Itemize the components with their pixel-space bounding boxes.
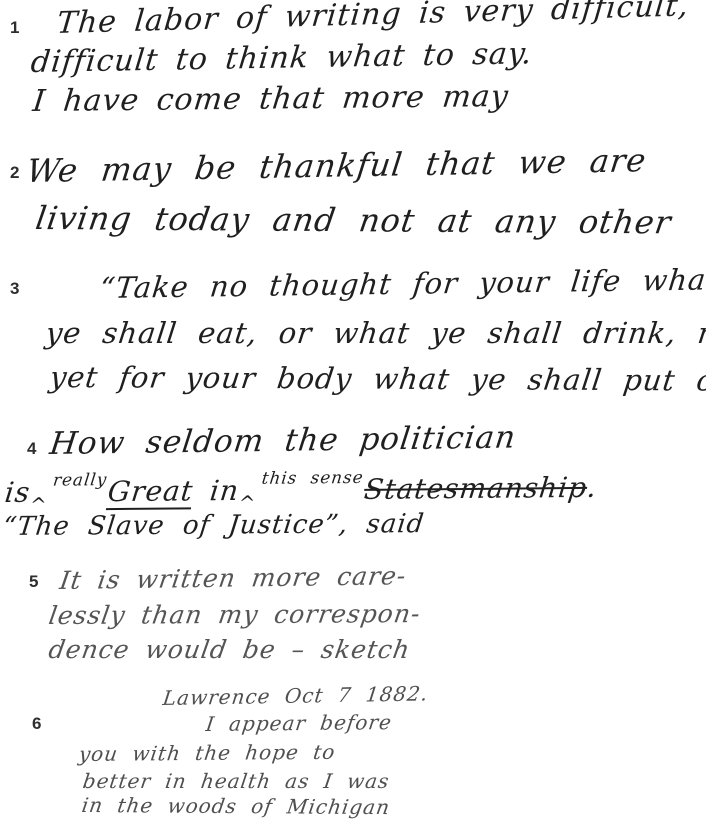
- handwritten-line: yet for your body what ye shall put on;: [48, 360, 706, 398]
- handwritten-date-line: Lawrence Oct 7 1882.: [162, 681, 430, 710]
- handwritten-line: “The Slave of Justice”, said: [1, 509, 426, 542]
- inserted-phrase-this-sense: this sense: [261, 467, 365, 488]
- handwritten-line: I have come that more may: [31, 79, 511, 119]
- handwritten-line: dence would be – sketch: [47, 635, 413, 664]
- sample-6-number: 6: [32, 714, 41, 734]
- struck-word-statesmanship: Statesmanship: [362, 471, 589, 506]
- handwritten-line: We may be thankful that we are: [25, 141, 649, 190]
- handwritten-line: in the woods of Michigan: [80, 793, 392, 819]
- word-is: is: [3, 476, 32, 509]
- handwritten-line: “Take no thought for your life what: [98, 262, 706, 305]
- handwritten-line-with-edits: is^reallyGreat in^this senseStatesmanshi…: [3, 471, 599, 509]
- handwritten-line: better in health as I was: [81, 769, 391, 793]
- sample-2-number: 2: [10, 163, 19, 183]
- handwritten-line: ye shall eat, or what ye shall drink, no…: [44, 316, 706, 350]
- sample-3-number: 3: [10, 279, 19, 299]
- handwritten-line: The labor of writing is very difficult,: [55, 0, 690, 41]
- sample-1-number: 1: [10, 18, 19, 38]
- period: .: [585, 471, 599, 504]
- handwriting-specimen-page: 1 The labor of writing is very difficult…: [0, 0, 706, 833]
- handwritten-line: I appear before: [204, 710, 393, 736]
- handwritten-line: you with the hope to: [77, 740, 337, 766]
- sample-5-number: 5: [29, 572, 38, 592]
- handwritten-line: difficult to think what to say.: [29, 36, 534, 80]
- sample-4-number: 4: [27, 439, 36, 459]
- handwritten-line: lessly than my correspon-: [47, 599, 423, 630]
- word-in: in: [191, 474, 241, 507]
- inserted-word-really: really: [52, 469, 108, 489]
- handwritten-line: living today and not at any other: [33, 199, 674, 241]
- handwritten-line: It is written more care-: [58, 561, 409, 595]
- word-great-underlined: Great: [106, 474, 195, 510]
- handwritten-line: How seldom the politician: [48, 419, 519, 462]
